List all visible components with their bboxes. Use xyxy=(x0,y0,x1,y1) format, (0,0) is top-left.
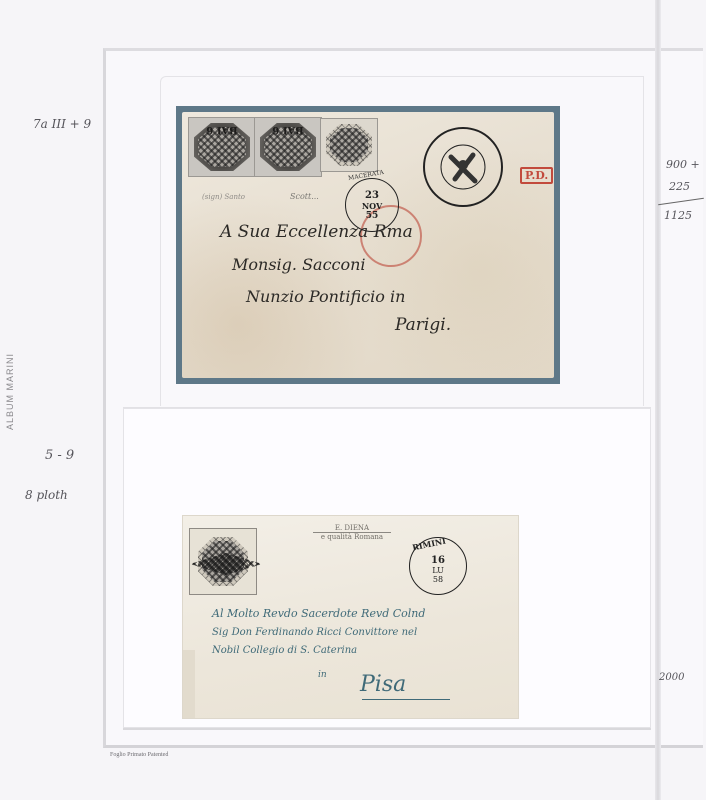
album-footer-label: Foglio Primato Patented xyxy=(110,752,168,758)
catalog-note-bottom: 5 - 9 xyxy=(45,448,74,463)
value-note-line1: 900 + xyxy=(666,158,700,171)
value-note-total: 1125 xyxy=(664,209,692,222)
cover-2-flap xyxy=(183,650,195,718)
stamp-3 xyxy=(320,118,378,172)
album-spine-label: ALBUM MARINI xyxy=(5,370,15,430)
value-note-bottom: 2000 xyxy=(659,672,684,683)
address-line-1: Al Molto Revdo Sacerdote Revd Colnd xyxy=(212,607,425,620)
address-line-3: Nunzio Pontificio in xyxy=(246,287,405,306)
catalog-note-top: 7a III + 9 xyxy=(33,117,91,131)
pocket-bottom-line xyxy=(123,728,651,730)
pencil-note-2: Scott... xyxy=(290,192,319,201)
address-underline xyxy=(362,699,450,700)
ecclesiastical-seal xyxy=(423,127,503,207)
address-line-1: A Sua Eccellenza Rma xyxy=(220,222,413,242)
plating-note: 8 ploth xyxy=(25,488,68,502)
value-note-line2: 225 xyxy=(669,180,690,193)
pocket-divider xyxy=(123,407,651,408)
papal-keys-stamp-icon xyxy=(326,124,372,166)
red-pd-marking: P.D. xyxy=(520,167,553,184)
address-line-2: Monsig. Sacconi xyxy=(232,255,366,274)
address-line-4: in xyxy=(318,670,327,680)
expert-label: E. DIENA e qualità Romana xyxy=(313,524,391,541)
seal-eagle-icon xyxy=(425,129,501,205)
address-line-5: Pisa xyxy=(360,672,406,697)
stamp-1: BAI 6 xyxy=(188,117,256,177)
stamp-2: BAI 6 xyxy=(254,117,322,177)
address-line-2: Sig Don Ferdinando Ricci Convittore nel xyxy=(212,627,417,638)
address-line-3: Nobil Collegio di S. Caterina xyxy=(212,645,357,656)
address-line-4: Parigi. xyxy=(395,315,451,335)
pencil-note-1: (sign) Santo xyxy=(202,193,245,201)
